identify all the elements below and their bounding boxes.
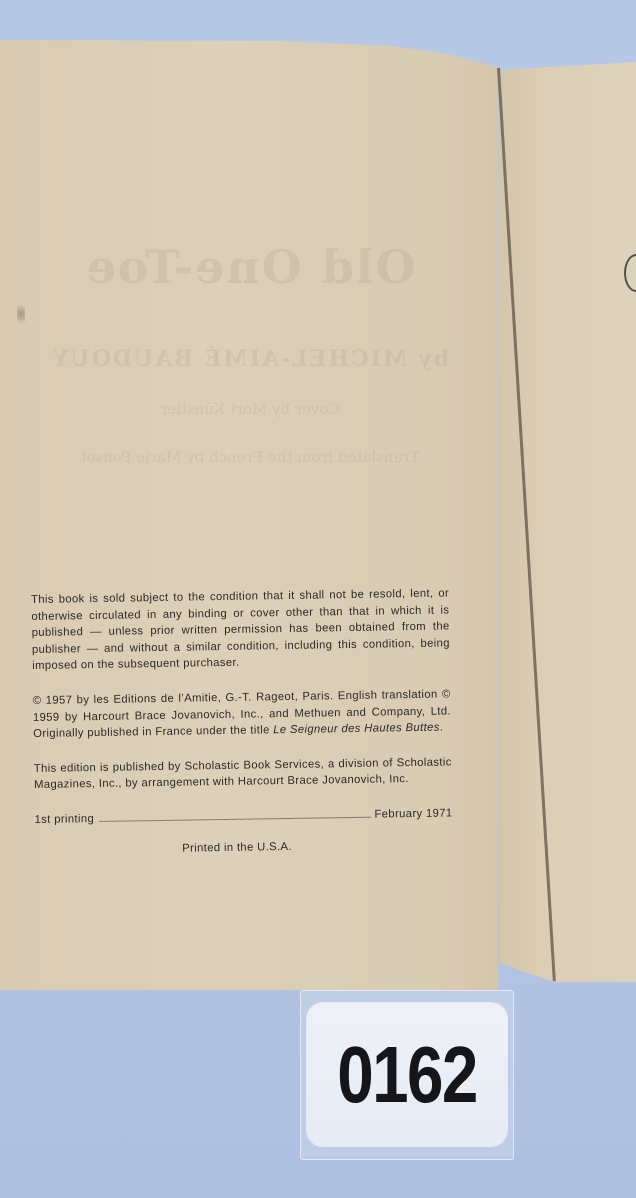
edition-paragraph: This edition is published by Scholastic …	[34, 754, 452, 794]
show-through-text: Old One-Toe by MICHEL-AIMÉ BAUDOUY Cover…	[10, 240, 490, 466]
photo-scene: Old One-Toe by MICHEL-AIMÉ BAUDOUY Cover…	[0, 0, 636, 1198]
dot-leader	[100, 817, 370, 822]
show-through-cover-credit: Cover by Mort Künstler	[10, 400, 490, 418]
show-through-author: by MICHEL-AIMÉ BAUDOUY	[10, 346, 490, 372]
right-page	[500, 62, 636, 982]
original-title: Le Seigneur des Hautes Buttes	[273, 722, 440, 737]
printing-label: 1st printing	[34, 811, 94, 829]
copyright-block: This book is sold subject to the conditi…	[31, 585, 453, 859]
printing-date: February 1971	[374, 805, 452, 823]
printing-line: 1st printing February 1971	[34, 805, 452, 828]
copyright-notice-paragraph: © 1957 by les Editions de l’Amitie, G.-T…	[33, 686, 452, 742]
copyright-notice-end: .	[440, 722, 444, 734]
inventory-number: 0162	[337, 1029, 476, 1121]
sale-conditions-paragraph: This book is sold subject to the conditi…	[31, 585, 450, 675]
inventory-number-label: 0162	[307, 1003, 507, 1146]
show-through-translator: Translated from the French by Marie Pons…	[10, 448, 490, 466]
show-through-title: Old One-Toe	[10, 240, 490, 294]
